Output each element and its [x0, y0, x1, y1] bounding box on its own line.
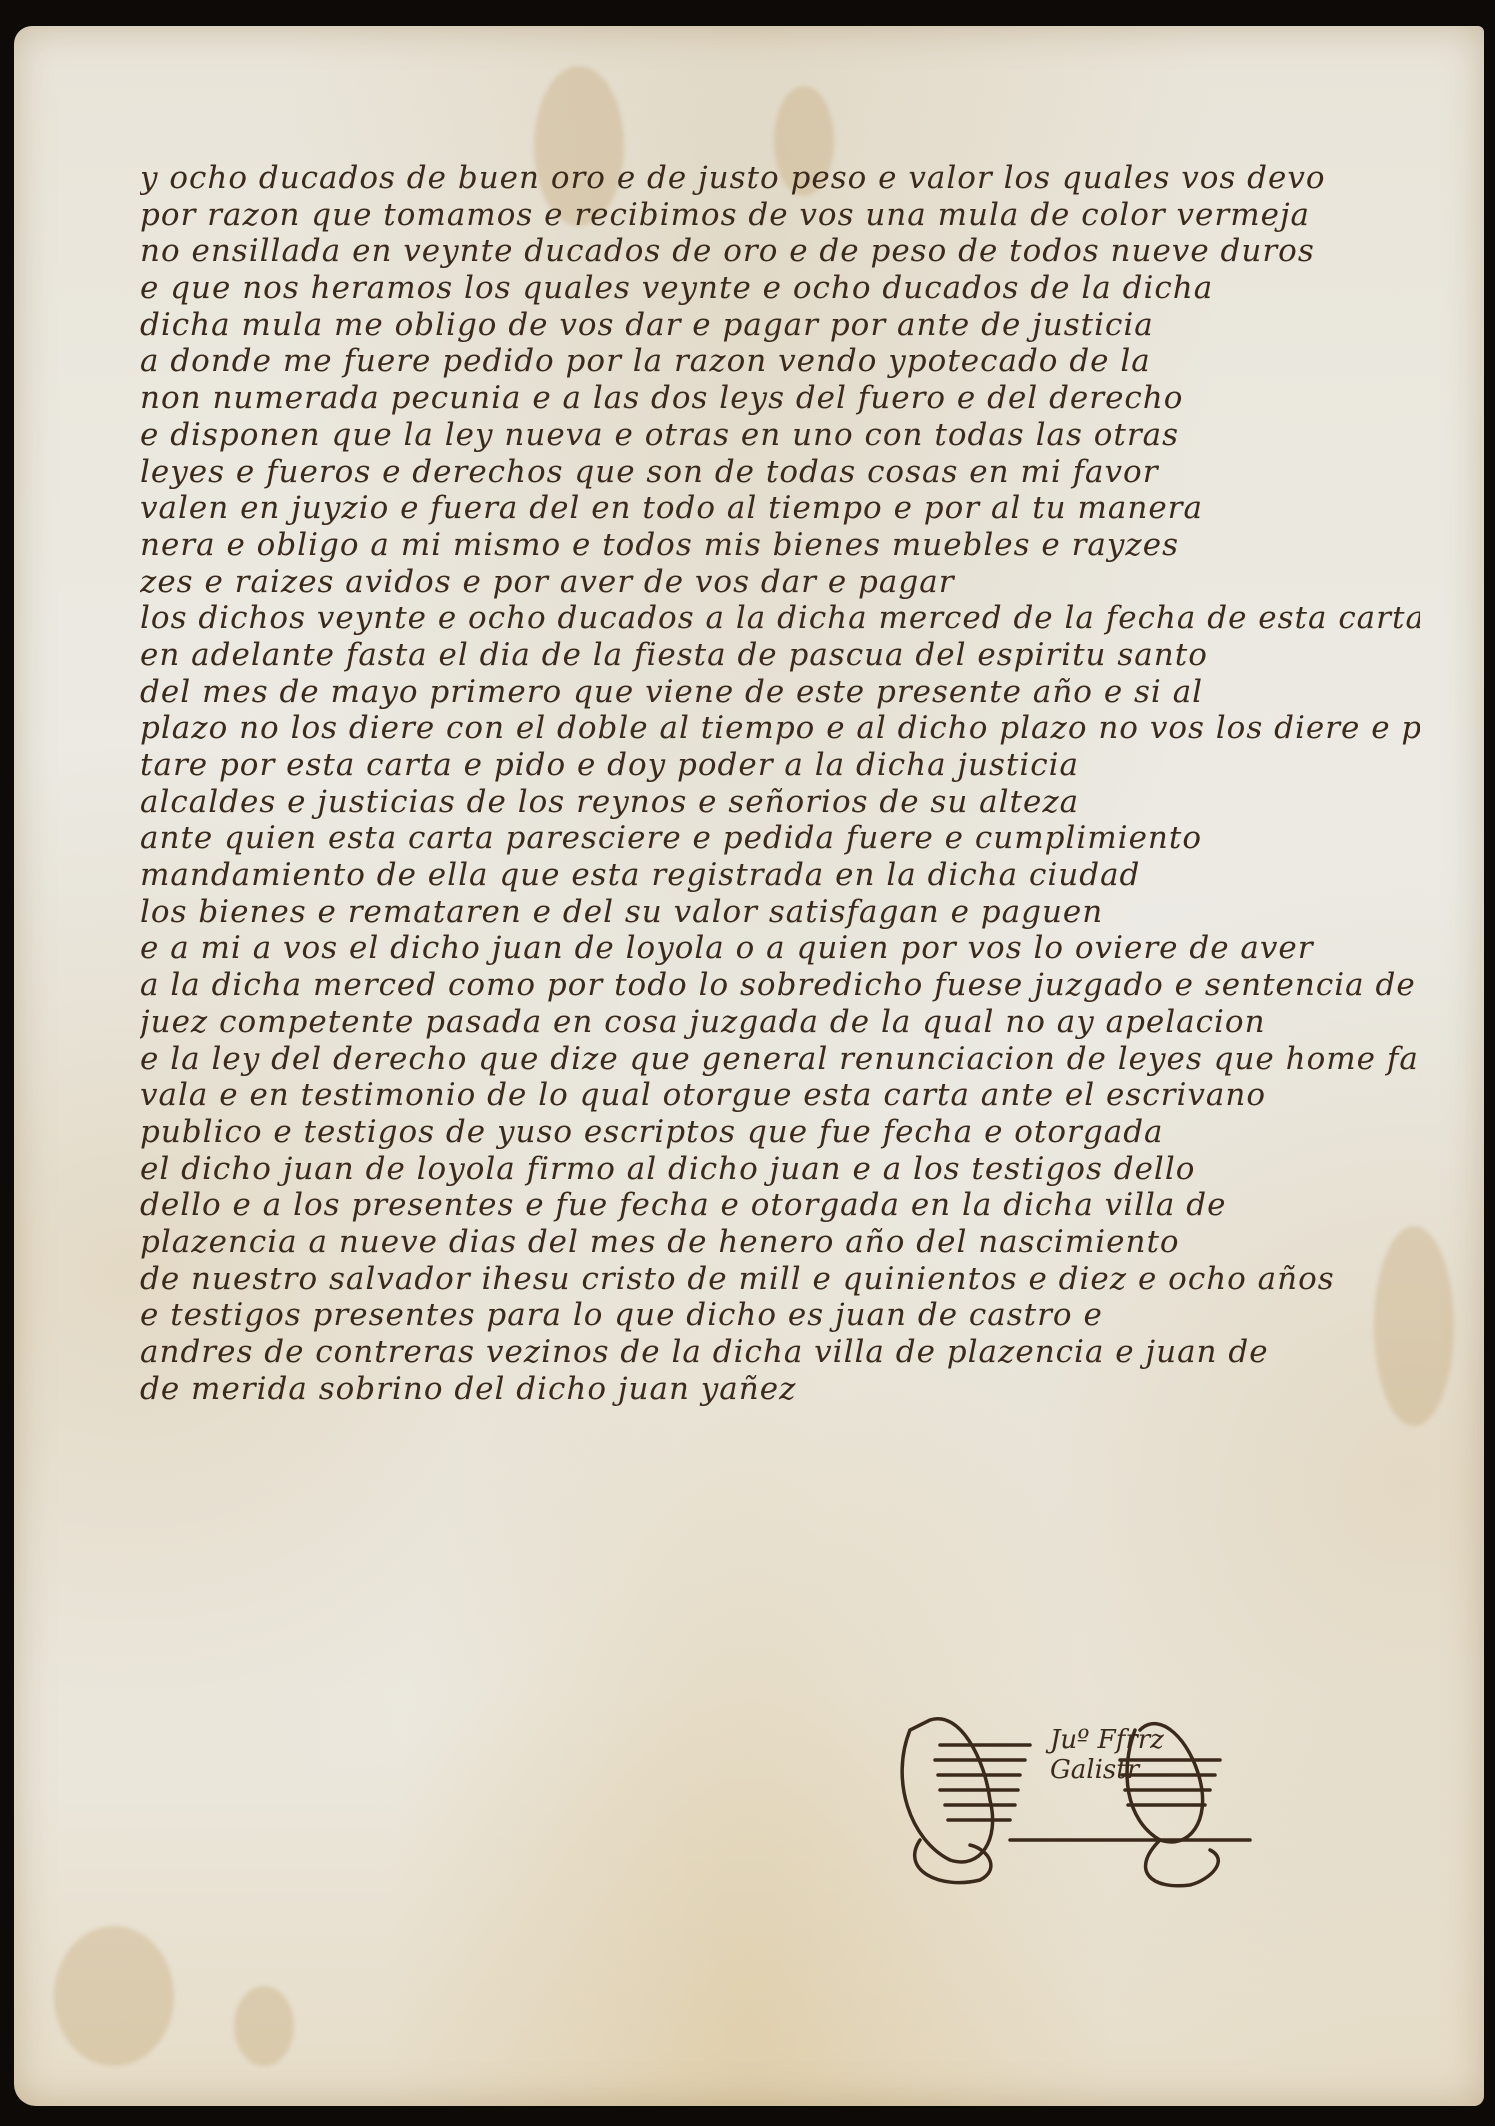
manuscript-scan: y ocho ducados de buen oro e de justo pe…: [0, 0, 1495, 2126]
text-line: a la dicha merced como por todo lo sobre…: [140, 967, 1420, 1004]
text-line: de nuestro salvador ihesu cristo de mill…: [140, 1261, 1420, 1298]
text-line: e que nos heramos los quales veynte e oc…: [140, 270, 1420, 307]
text-line: tare por esta carta e pido e doy poder a…: [140, 747, 1420, 784]
text-line: nera e obligo a mi mismo e todos mis bie…: [140, 527, 1420, 564]
text-line: e la ley del derecho que dize que genera…: [140, 1041, 1420, 1078]
rubric-icon: [890, 1690, 1270, 1890]
foxing-stain: [54, 1926, 174, 2066]
text-line: el dicho juan de loyola firmo al dicho j…: [140, 1151, 1420, 1188]
text-line: plazencia a nueve dias del mes de henero…: [140, 1224, 1420, 1261]
text-line: en adelante fasta el dia de la fiesta de…: [140, 637, 1420, 674]
text-line: publico e testigos de yuso escriptos que…: [140, 1114, 1420, 1151]
text-line: mandamiento de ella que esta registrada …: [140, 857, 1420, 894]
signature-name: Juº Ffrrz Galistr: [1050, 1725, 1164, 1785]
text-line: e testigos presentes para lo que dicho e…: [140, 1297, 1420, 1334]
text-line: valen en juyzio e fuera del en todo al t…: [140, 490, 1420, 527]
text-line: andres de contreras vezinos de la dicha …: [140, 1334, 1420, 1371]
text-line: los dichos veynte e ocho ducados a la di…: [140, 600, 1420, 637]
text-line: non numerada pecunia e a las dos leys de…: [140, 380, 1420, 417]
text-line: zes e raizes avidos e por aver de vos da…: [140, 564, 1420, 601]
text-line: por razon que tomamos e recibimos de vos…: [140, 197, 1420, 234]
text-line: plazo no los diere con el doble al tiemp…: [140, 710, 1420, 747]
text-line: juez competente pasada en cosa juzgada d…: [140, 1004, 1420, 1041]
signature-name-line-2: Galistr: [1050, 1755, 1164, 1785]
text-line: y ocho ducados de buen oro e de justo pe…: [140, 160, 1420, 197]
text-line: los bienes e remataren e del su valor sa…: [140, 894, 1420, 931]
text-line: vala e en testimonio de lo qual otorgue …: [140, 1077, 1420, 1114]
manuscript-text: y ocho ducados de buen oro e de justo pe…: [140, 160, 1420, 1407]
signature-name-line-1: Juº Ffrrz: [1050, 1725, 1164, 1755]
text-line: a donde me fuere pedido por la razon ven…: [140, 343, 1420, 380]
foxing-stain: [234, 1986, 294, 2066]
signature: Juº Ffrrz Galistr: [890, 1690, 1270, 1890]
text-line: ante quien esta carta paresciere e pedid…: [140, 820, 1420, 857]
text-line: no ensillada en veynte ducados de oro e …: [140, 233, 1420, 270]
text-line: dicha mula me obligo de vos dar e pagar …: [140, 307, 1420, 344]
text-line: alcaldes e justicias de los reynos e señ…: [140, 784, 1420, 821]
text-line: del mes de mayo primero que viene de est…: [140, 674, 1420, 711]
text-line: dello e a los presentes e fue fecha e ot…: [140, 1187, 1420, 1224]
text-line: de merida sobrino del dicho juan yañez: [140, 1371, 1420, 1408]
text-line: e a mi a vos el dicho juan de loyola o a…: [140, 930, 1420, 967]
text-line: e disponen que la ley nueva e otras en u…: [140, 417, 1420, 454]
text-line: leyes e fueros e derechos que son de tod…: [140, 454, 1420, 491]
